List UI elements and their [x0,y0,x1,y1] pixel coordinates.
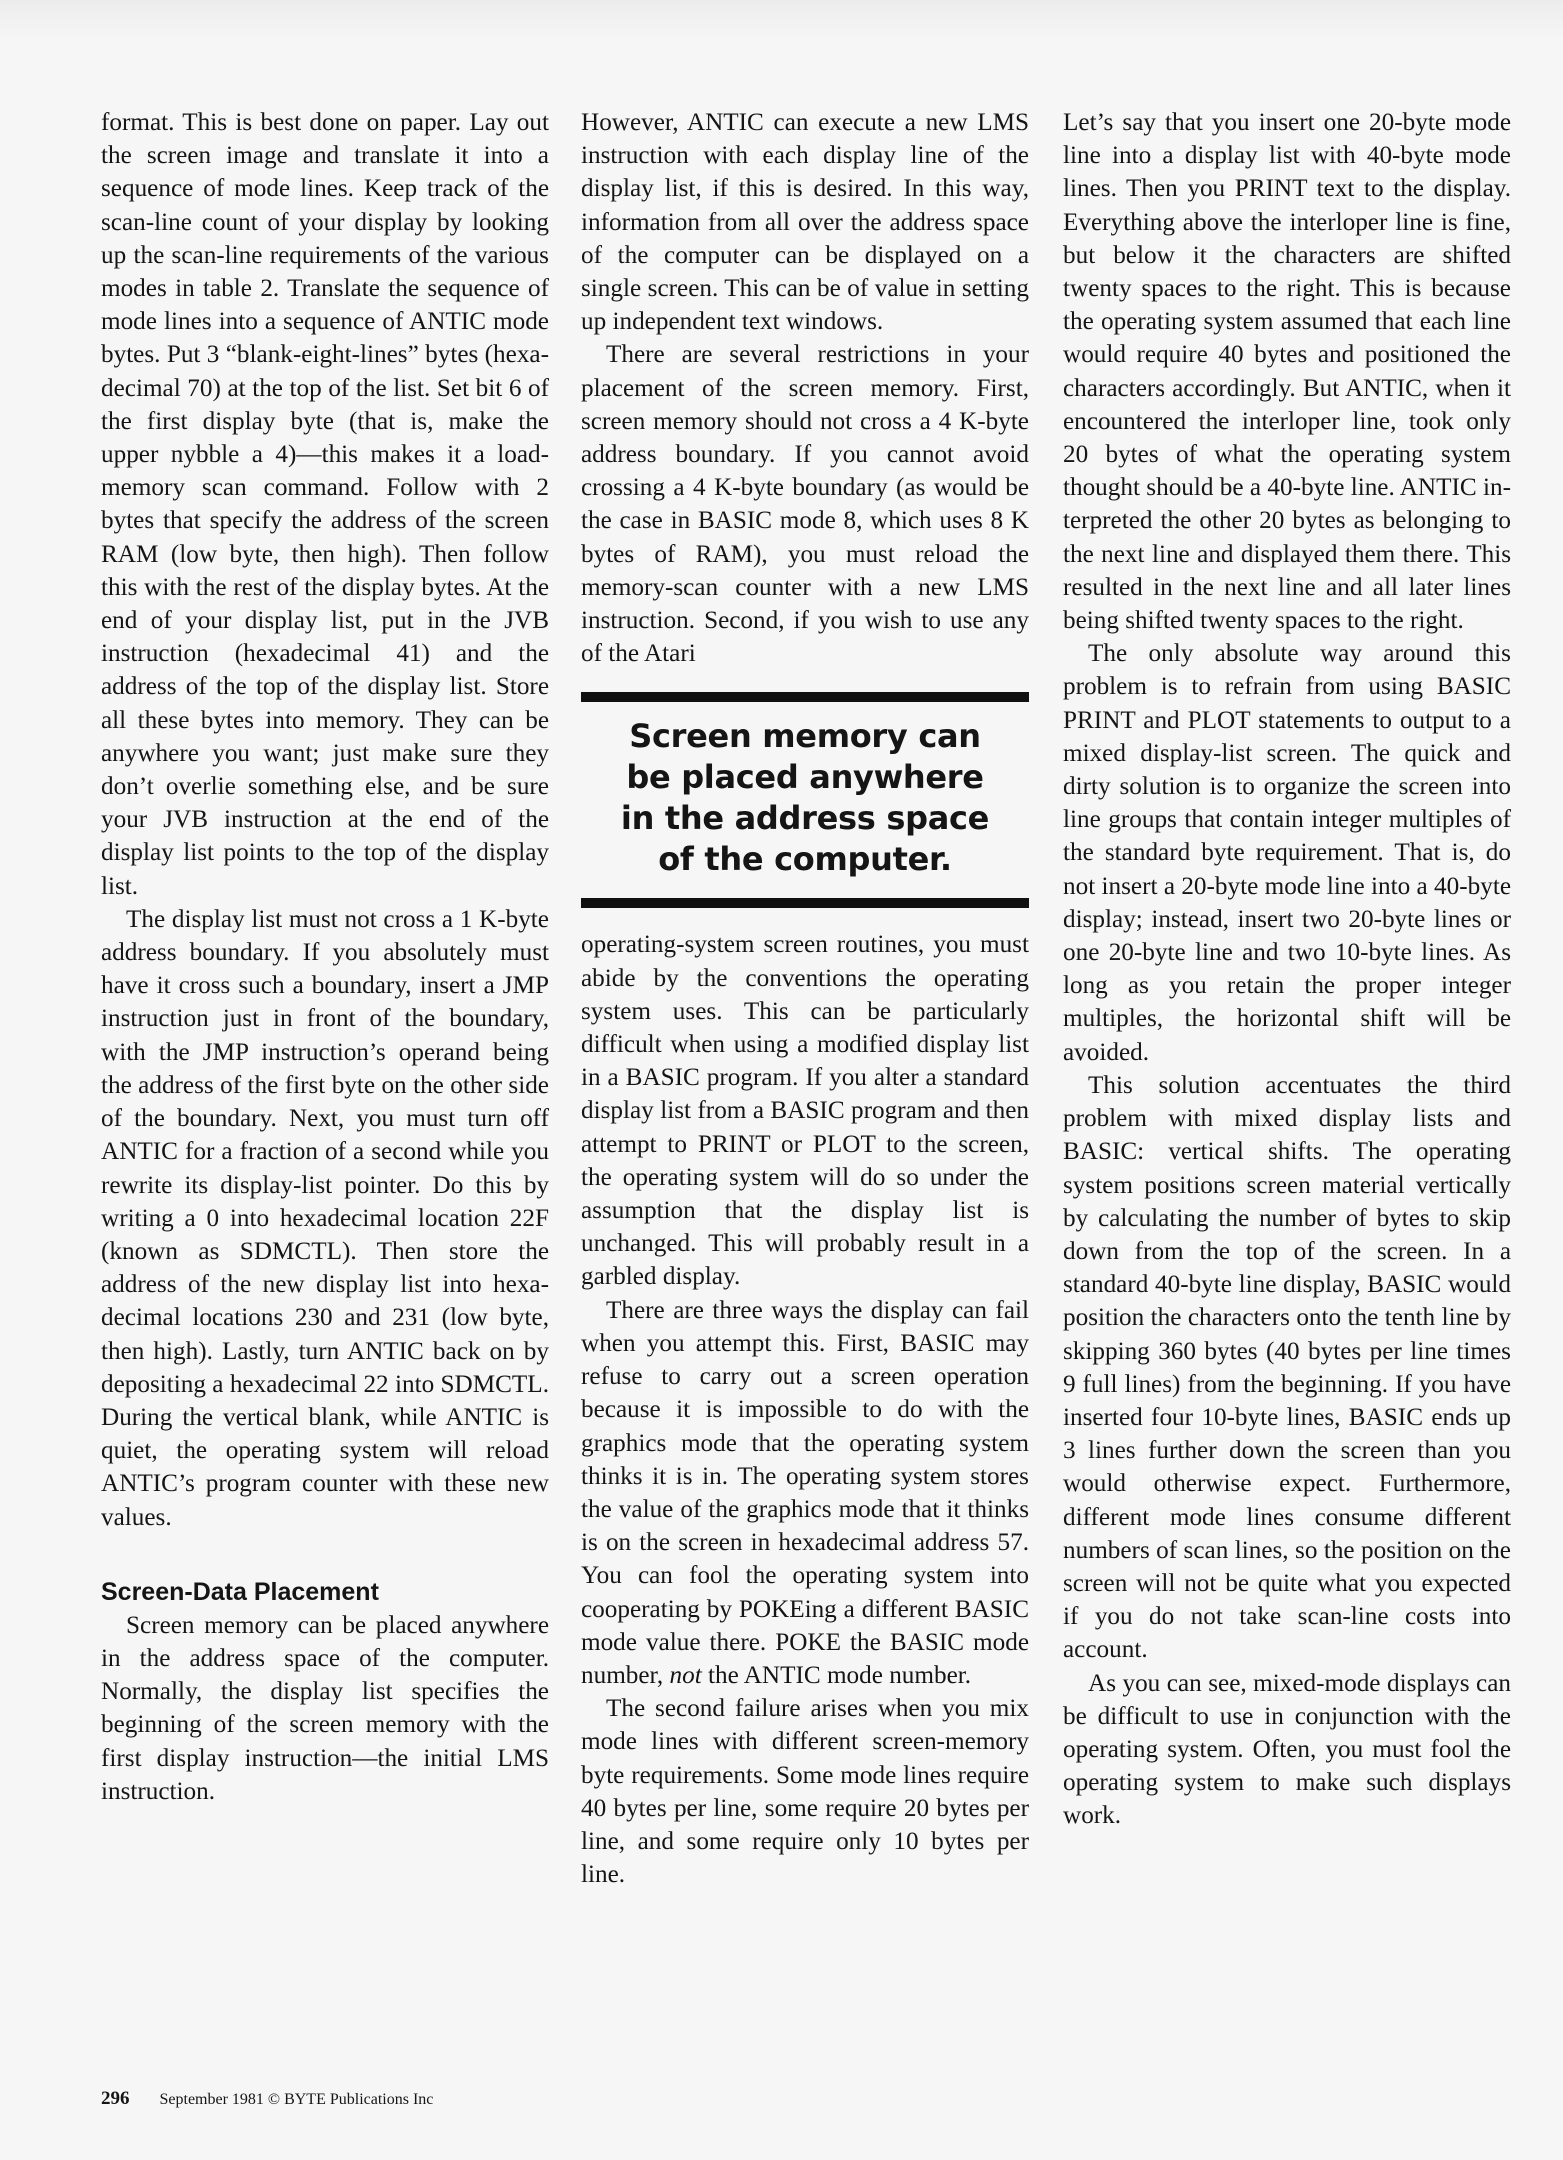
paragraph: Let’s say that you insert one 20-byte mo… [1063,106,1511,637]
pull-quote-line: of the computer. [581,839,1029,880]
page-number: 296 [101,2088,130,2110]
paragraph: There are three ways the display can fai… [581,1294,1029,1692]
pull-quote-line: in the address space [581,798,1029,839]
pull-quote-line: Screen memory can [581,716,1029,757]
article-column-3: Let’s say that you insert one 20-byte mo… [1063,106,1511,1833]
paragraph: However, ANTIC can execute a new LMS ins… [581,106,1029,338]
paragraph: The only absolute way around this proble… [1063,637,1511,1069]
article-column-1: format. This is best done on paper. Lay … [101,106,549,1808]
paragraph: Screen memory can be placed anywhere in … [101,1609,549,1808]
paragraph: There are several restrictions in your p… [581,338,1029,670]
paragraph: The second failure arises when you mix m… [581,1692,1029,1891]
paragraph-text: the ANTIC mode number. [708,1662,971,1689]
pull-quote: Screen memory can be placed anywhere in … [581,692,1029,908]
paragraph-text: There are three ways the display can fai… [581,1297,1029,1689]
paragraph: This solution accentuates the third prob… [1063,1069,1511,1667]
pull-quote-line: be placed anywhere [581,757,1029,798]
article-column-2: However, ANTIC can execute a new LMS ins… [581,106,1029,1891]
page-footer: 296 September 1981 © BYTE Publications I… [101,2088,433,2110]
paragraph: operating-system screen routines, you mu… [581,928,1029,1293]
publication-credit: September 1981 © BYTE Publications Inc [160,2091,434,2109]
section-heading: Screen-Data Placement [101,1576,549,1609]
paragraph: The display list must not cross a 1 K-by… [101,903,549,1534]
paragraph: format. This is best done on paper. Lay … [101,106,549,903]
paragraph: As you can see, mixed-mode displays can … [1063,1667,1511,1833]
page-top-edge [0,0,1563,40]
emphasis-text: not [670,1662,702,1689]
